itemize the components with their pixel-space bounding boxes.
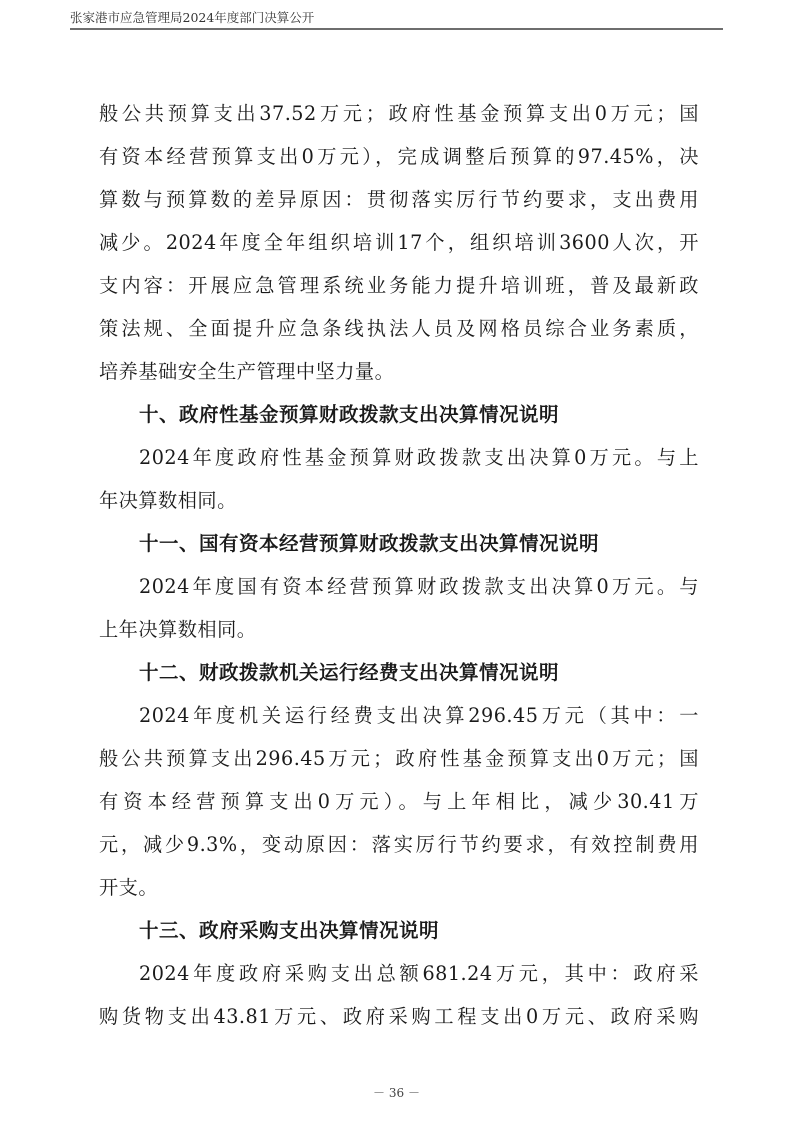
text-line: 有资本经营预算支出0万元），完成调整后预算的97.45%，决 bbox=[99, 139, 699, 182]
page-header: 张家港市应急管理局2024年度部门决算公开 bbox=[70, 10, 723, 26]
section-heading: 十二、财政拨款机关运行经费支出决算情况说明 bbox=[99, 655, 699, 698]
text-line: 培养基础安全生产管理中坚力量。 bbox=[99, 354, 699, 397]
section-state-capital: 十一、国有资本经营预算财政拨款支出决算情况说明 2024年度国有资本经营预算财政… bbox=[99, 526, 699, 655]
section-heading: 十三、政府采购支出决算情况说明 bbox=[99, 913, 699, 956]
section-government-fund: 十、政府性基金预算财政拨款支出决算情况说明 2024年度政府性基金预算财政拨款支… bbox=[99, 397, 699, 526]
text-line: 元，减少9.3%，变动原因：落实厉行节约要求，有效控制费用 bbox=[99, 827, 699, 870]
text-line: 算数与预算数的差异原因：贯彻落实厉行节约要求，支出费用 bbox=[99, 182, 699, 225]
text-line: 般公共预算支出296.45万元；政府性基金预算支出0万元；国 bbox=[99, 741, 699, 784]
text-line: 般公共预算支出37.52万元；政府性基金预算支出0万元；国 bbox=[99, 96, 699, 139]
text-line: 有资本经营预算支出0万元）。与上年相比，减少30.41万 bbox=[99, 784, 699, 827]
text-line: 上年决算数相同。 bbox=[99, 612, 699, 655]
page-number: － 36 － bbox=[0, 1084, 793, 1101]
text-line: 年决算数相同。 bbox=[99, 483, 699, 526]
text-line: 减少。2024年度全年组织培训17个，组织培训3600人次，开 bbox=[99, 225, 699, 268]
text-line: 2024年度政府性基金预算财政拨款支出决算0万元。与上 bbox=[99, 440, 699, 483]
header-divider bbox=[70, 28, 723, 30]
text-line: 2024年度机关运行经费支出决算296.45万元（其中：一 bbox=[99, 698, 699, 741]
text-line: 2024年度政府采购支出总额681.24万元，其中：政府采 bbox=[99, 956, 699, 999]
document-body: 般公共预算支出37.52万元；政府性基金预算支出0万元；国 有资本经营预算支出0… bbox=[99, 96, 699, 1042]
section-operating-expenses: 十二、财政拨款机关运行经费支出决算情况说明 2024年度机关运行经费支出决算29… bbox=[99, 655, 699, 913]
text-line: 购货物支出43.81万元、政府采购工程支出0万元、政府采购 bbox=[99, 999, 699, 1042]
text-line: 开支。 bbox=[99, 870, 699, 913]
section-heading: 十一、国有资本经营预算财政拨款支出决算情况说明 bbox=[99, 526, 699, 569]
paragraph-continuation: 般公共预算支出37.52万元；政府性基金预算支出0万元；国 有资本经营预算支出0… bbox=[99, 96, 699, 397]
text-line: 2024年度国有资本经营预算财政拨款支出决算0万元。与 bbox=[99, 569, 699, 612]
text-line: 支内容：开展应急管理系统业务能力提升培训班，普及最新政 bbox=[99, 268, 699, 311]
section-government-procurement: 十三、政府采购支出决算情况说明 2024年度政府采购支出总额681.24万元，其… bbox=[99, 913, 699, 1042]
text-line: 策法规、全面提升应急条线执法人员及网格员综合业务素质， bbox=[99, 311, 699, 354]
section-heading: 十、政府性基金预算财政拨款支出决算情况说明 bbox=[99, 397, 699, 440]
